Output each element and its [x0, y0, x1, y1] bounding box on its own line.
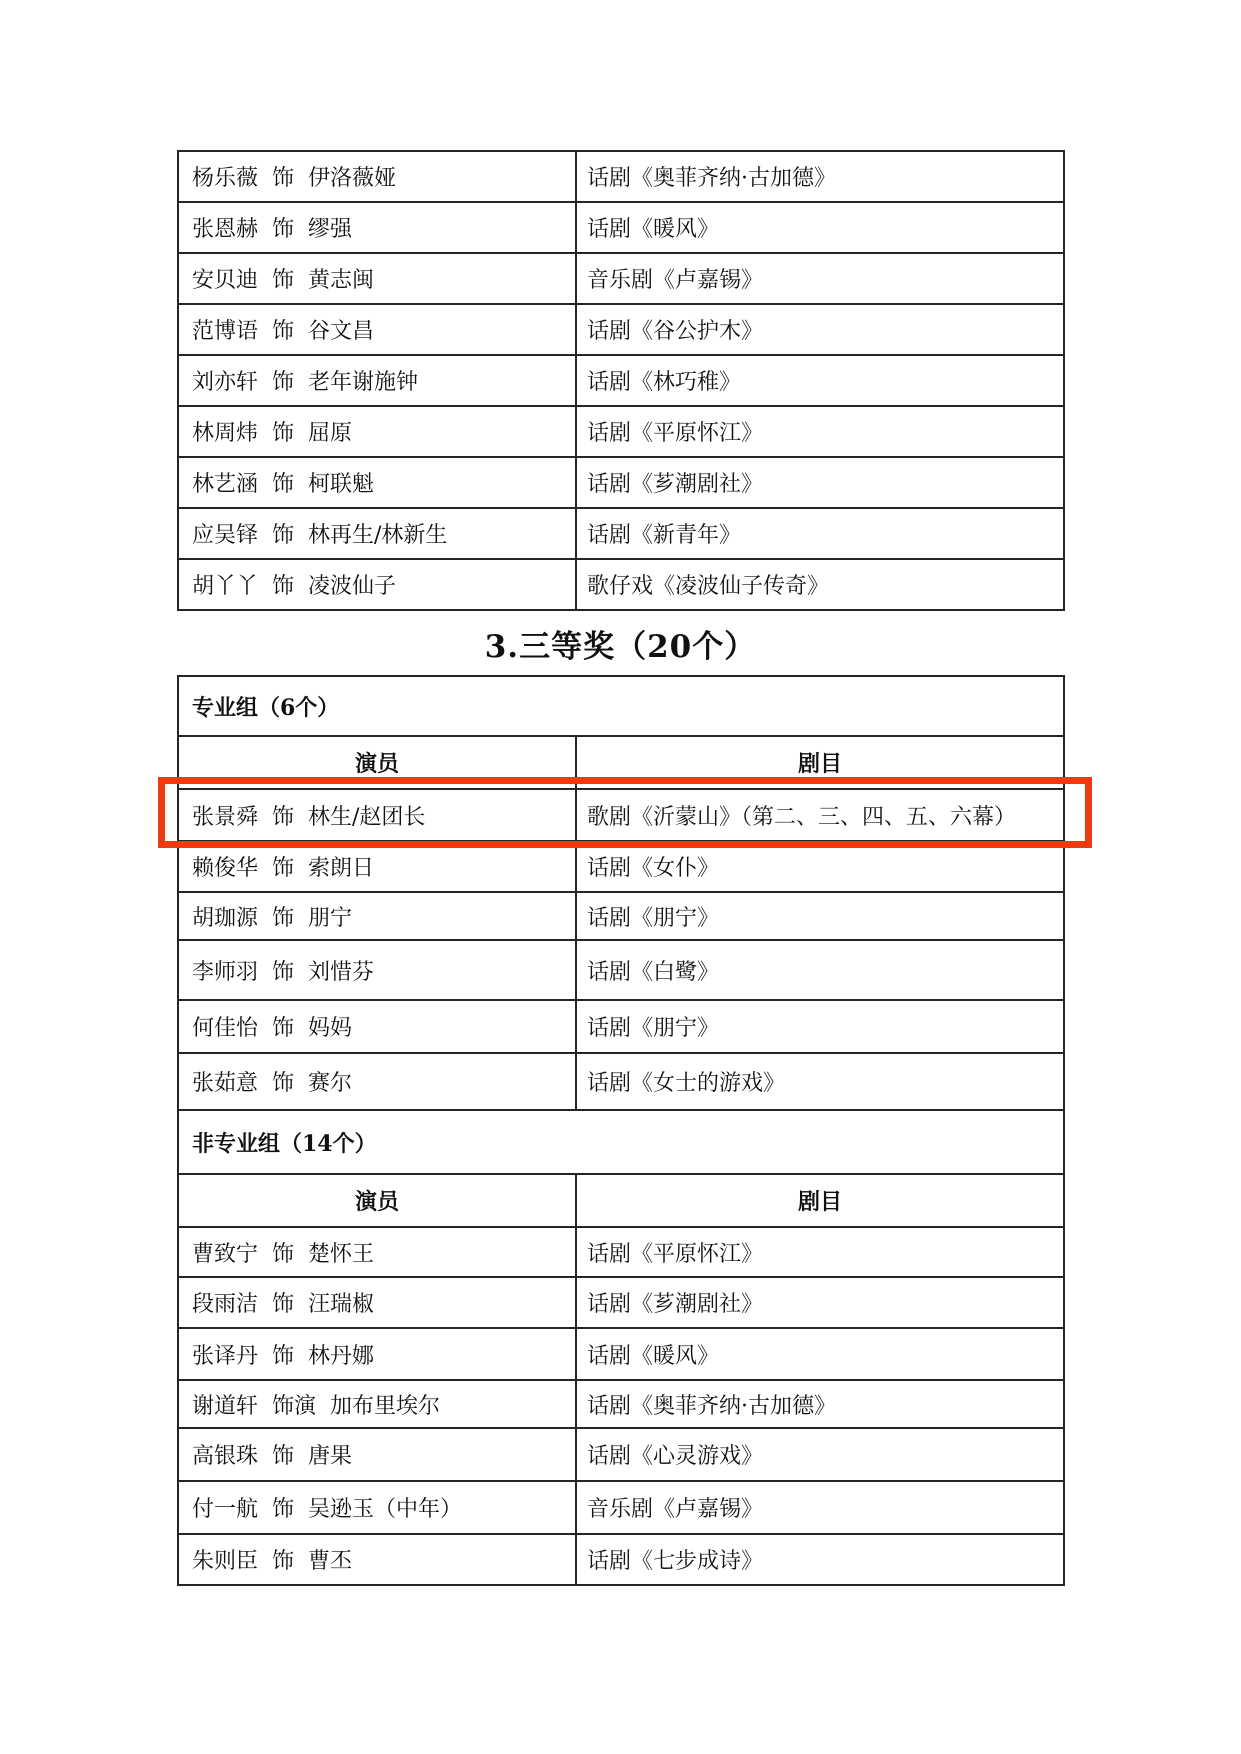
actor-cell: 张茹意 饰 赛尔 [179, 1054, 575, 1109]
group-label-nonprofessional: 非专业组（14个） [179, 1111, 1063, 1175]
play-cell: 话剧《心灵游戏》 [575, 1429, 1063, 1480]
actor-cell: 胡珈源 饰 朋宁 [179, 893, 575, 939]
table-row: 应吴铎 饰 林再生/林新生 话剧《新青年》 [179, 509, 1063, 560]
play-cell: 话剧《平原怀江》 [575, 1228, 1063, 1276]
actor-cell: 应吴铎 饰 林再生/林新生 [179, 509, 575, 558]
table-row-highlighted: 张景舜 饰 林生/赵团长 歌剧《沂蒙山》（第二、三、四、五、六幕） [179, 790, 1063, 842]
header-play: 剧目 [575, 1175, 1063, 1226]
actor-cell: 李师羽 饰 刘惜芬 [179, 941, 575, 999]
actor-cell: 段雨洁 饰 汪瑞椒 [179, 1278, 575, 1327]
play-cell: 话剧《白鹭》 [575, 941, 1063, 999]
group-label-professional: 专业组（6个） [179, 677, 1063, 737]
table-row: 胡珈源 饰 朋宁 话剧《朋宁》 [179, 893, 1063, 941]
table-row: 杨乐薇 饰 伊洛薇娅 话剧《奥菲齐纳·古加德》 [179, 152, 1063, 203]
table-row: 安贝迪 饰 黄志闽 音乐剧《卢嘉锡》 [179, 254, 1063, 305]
play-cell: 话剧《暖风》 [575, 203, 1063, 252]
actor-cell: 付一航 饰 吴逊玉（中年） [179, 1482, 575, 1533]
actor-cell: 胡丫丫 饰 凌波仙子 [179, 560, 575, 609]
actor-cell: 范博语 饰 谷文昌 [179, 305, 575, 354]
awards-table-third-prize: 专业组（6个） 演员 剧目 张景舜 饰 林生/赵团长 歌剧《沂蒙山》（第二、三、… [177, 675, 1065, 1586]
table-row: 何佳怡 饰 妈妈 话剧《朋宁》 [179, 1001, 1063, 1054]
header-actor: 演员 [179, 1175, 575, 1226]
actor-cell: 高银珠 饰 唐果 [179, 1429, 575, 1480]
play-cell: 话剧《女士的游戏》 [575, 1054, 1063, 1109]
table-row: 李师羽 饰 刘惜芬 话剧《白鹭》 [179, 941, 1063, 1001]
actor-cell: 曹致宁 饰 楚怀王 [179, 1228, 575, 1276]
actor-cell: 赖俊华 饰 索朗日 [179, 842, 575, 891]
table-row: 范博语 饰 谷文昌 话剧《谷公护木》 [179, 305, 1063, 356]
actor-cell: 杨乐薇 饰 伊洛薇娅 [179, 152, 575, 201]
play-cell: 歌剧《沂蒙山》（第二、三、四、五、六幕） [575, 790, 1063, 840]
play-cell: 音乐剧《卢嘉锡》 [575, 254, 1063, 303]
play-cell: 话剧《朋宁》 [575, 1001, 1063, 1052]
play-cell: 话剧《谷公护木》 [575, 305, 1063, 354]
actor-cell: 朱则臣 饰 曹丕 [179, 1535, 575, 1584]
play-cell: 话剧《七步成诗》 [575, 1535, 1063, 1584]
play-cell: 歌仔戏《凌波仙子传奇》 [575, 560, 1063, 609]
table-row: 高银珠 饰 唐果 话剧《心灵游戏》 [179, 1429, 1063, 1482]
actor-cell: 谢道轩 饰演 加布里埃尔 [179, 1381, 575, 1427]
table-row: 张译丹 饰 林丹娜 话剧《暖风》 [179, 1329, 1063, 1381]
actor-cell: 林周炜 饰 屈原 [179, 407, 575, 456]
table-row: 刘亦轩 饰 老年谢施钟 话剧《林巧稚》 [179, 356, 1063, 407]
awards-table-continuation: 杨乐薇 饰 伊洛薇娅 话剧《奥菲齐纳·古加德》 张恩赫 饰 缪强 话剧《暖风》 … [177, 150, 1065, 611]
play-cell: 话剧《平原怀江》 [575, 407, 1063, 456]
table-row: 林周炜 饰 屈原 话剧《平原怀江》 [179, 407, 1063, 458]
play-cell: 话剧《女仆》 [575, 842, 1063, 891]
header-actor: 演员 [179, 737, 575, 788]
table-row: 胡丫丫 饰 凌波仙子 歌仔戏《凌波仙子传奇》 [179, 560, 1063, 609]
table-row: 赖俊华 饰 索朗日 话剧《女仆》 [179, 842, 1063, 893]
actor-cell: 张译丹 饰 林丹娜 [179, 1329, 575, 1379]
play-cell: 话剧《奥菲齐纳·古加德》 [575, 1381, 1063, 1427]
play-cell: 音乐剧《卢嘉锡》 [575, 1482, 1063, 1533]
actor-cell: 何佳怡 饰 妈妈 [179, 1001, 575, 1052]
actor-cell: 安贝迪 饰 黄志闽 [179, 254, 575, 303]
table-row: 朱则臣 饰 曹丕 话剧《七步成诗》 [179, 1535, 1063, 1584]
table-row: 付一航 饰 吴逊玉（中年） 音乐剧《卢嘉锡》 [179, 1482, 1063, 1535]
table-row: 林艺涵 饰 柯联魁 话剧《芗潮剧社》 [179, 458, 1063, 509]
play-cell: 话剧《奥菲齐纳·古加德》 [575, 152, 1063, 201]
table-row: 张恩赫 饰 缪强 话剧《暖风》 [179, 203, 1063, 254]
actor-cell: 张恩赫 饰 缪强 [179, 203, 575, 252]
play-cell: 话剧《新青年》 [575, 509, 1063, 558]
table-header-row: 演员 剧目 [179, 737, 1063, 790]
play-cell: 话剧《芗潮剧社》 [575, 458, 1063, 507]
table-row: 谢道轩 饰演 加布里埃尔 话剧《奥菲齐纳·古加德》 [179, 1381, 1063, 1429]
play-cell: 话剧《林巧稚》 [575, 356, 1063, 405]
play-cell: 话剧《朋宁》 [575, 893, 1063, 939]
section-heading-third-prize: 3.三等奖（20个） [0, 611, 1241, 675]
table-row: 段雨洁 饰 汪瑞椒 话剧《芗潮剧社》 [179, 1278, 1063, 1329]
table-header-row: 演员 剧目 [179, 1175, 1063, 1228]
table-row: 曹致宁 饰 楚怀王 话剧《平原怀江》 [179, 1228, 1063, 1278]
play-cell: 话剧《暖风》 [575, 1329, 1063, 1379]
play-cell: 话剧《芗潮剧社》 [575, 1278, 1063, 1327]
header-play: 剧目 [575, 737, 1063, 788]
actor-cell: 林艺涵 饰 柯联魁 [179, 458, 575, 507]
table-row: 张茹意 饰 赛尔 话剧《女士的游戏》 [179, 1054, 1063, 1111]
actor-cell: 刘亦轩 饰 老年谢施钟 [179, 356, 575, 405]
actor-cell: 张景舜 饰 林生/赵团长 [179, 790, 575, 840]
